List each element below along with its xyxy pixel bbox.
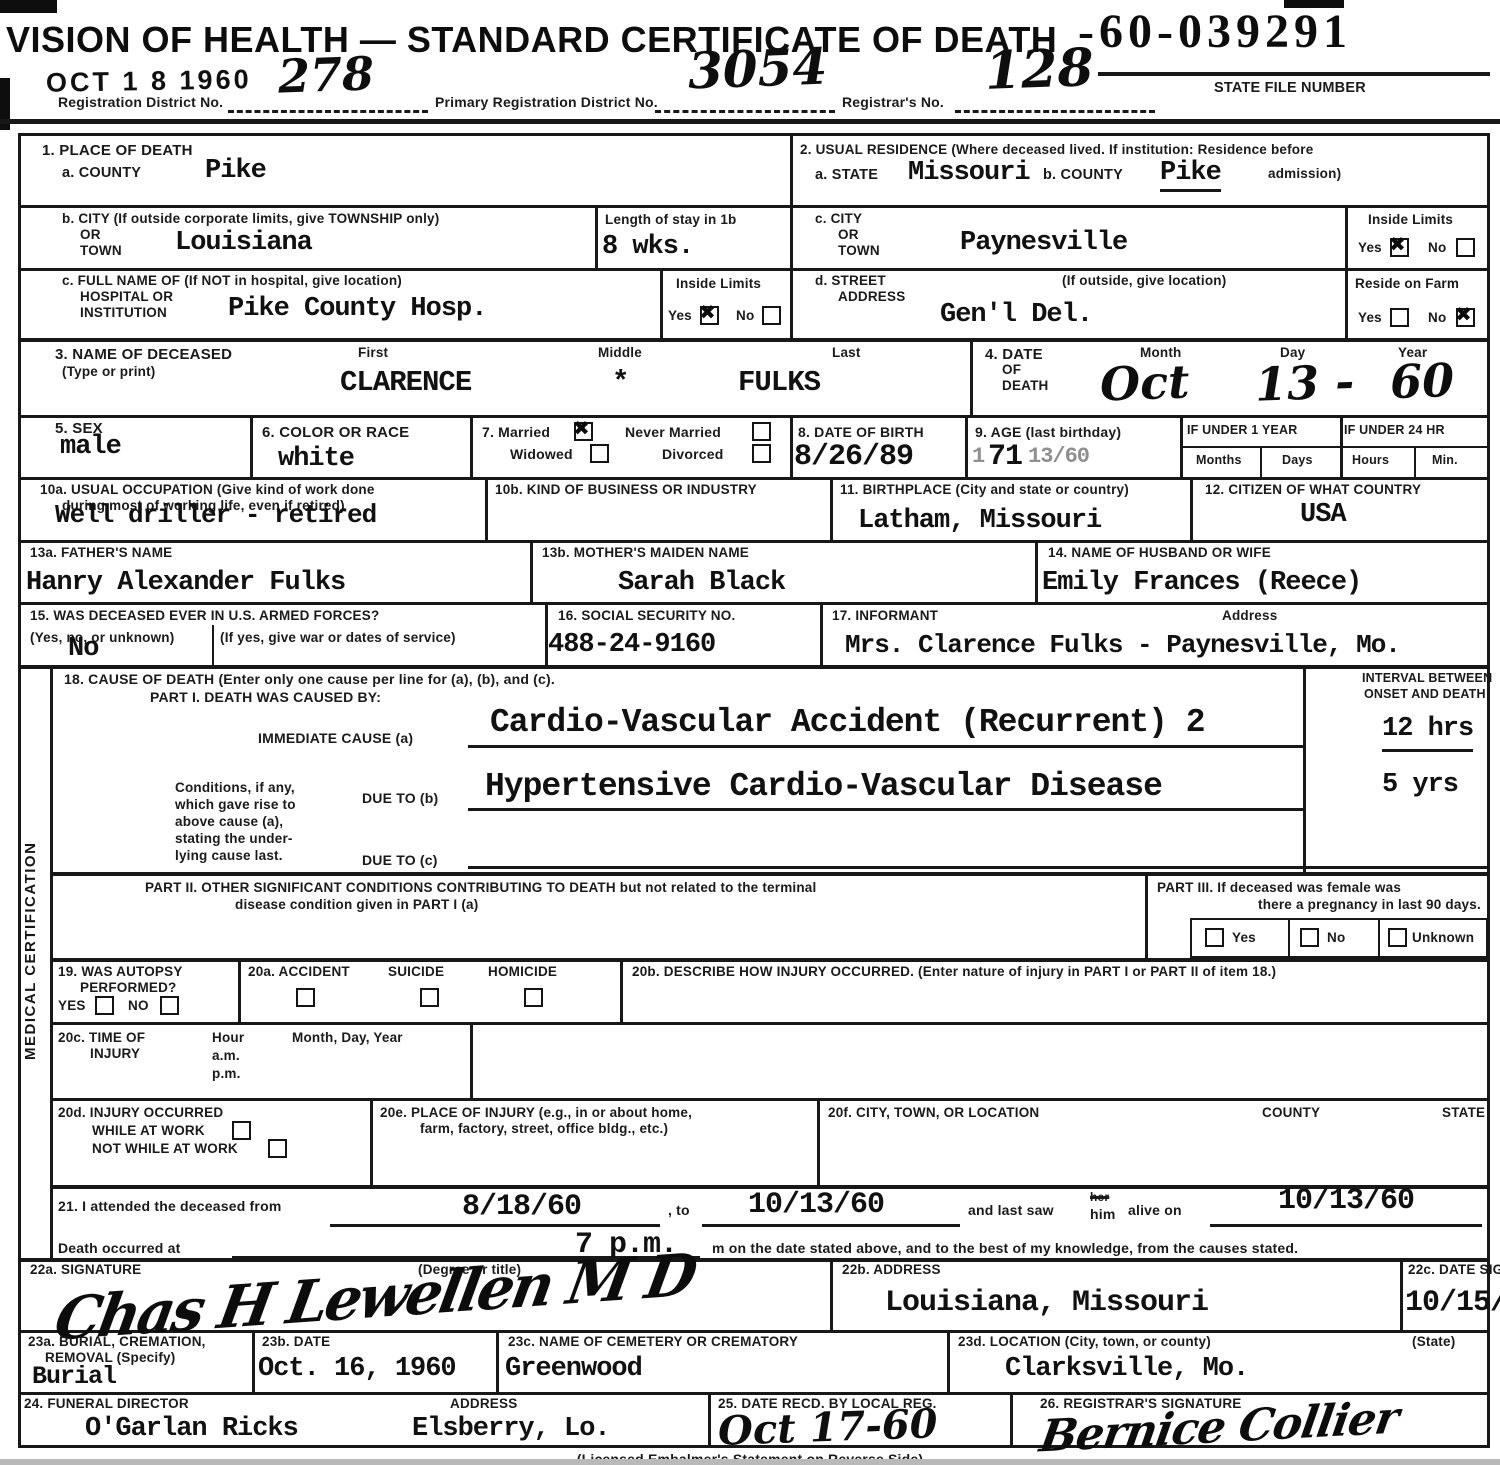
divider (817, 1098, 820, 1185)
divider (18, 477, 1490, 480)
armed-forces-label: 15. WAS DECEASED EVER IN U.S. ARMED FORC… (30, 608, 379, 624)
divider (1180, 446, 1488, 448)
conditions-note-1: Conditions, if any, (175, 780, 295, 796)
death-day-value: 13 - (1254, 358, 1355, 407)
x-mark: ✖ (573, 418, 590, 438)
pregnancy-unknown-label: Unknown (1412, 930, 1474, 946)
divider (790, 133, 793, 338)
divider (1098, 72, 1490, 76)
x-mark: ✖ (1455, 304, 1472, 324)
part1-label: PART I. DEATH WAS CAUSED BY: (150, 689, 381, 706)
autopsy-no-checkbox (160, 996, 179, 1015)
x-mark: ✖ (699, 302, 716, 322)
occupation-value: Well driller - retired (55, 502, 376, 528)
primary-registration-district-value: 3054 (687, 42, 828, 97)
street-label-2: ADDRESS (838, 289, 905, 305)
divider (790, 415, 793, 477)
yes-label: Yes (668, 308, 692, 324)
or-label: OR (80, 227, 101, 243)
funeral-director-value: O'Garlan Ricks (85, 1416, 298, 1443)
last-label: Last (832, 345, 861, 361)
type-print-label: (Type or print) (62, 364, 156, 380)
state-file-number-label: STATE FILE NUMBER (1214, 80, 1366, 97)
date-of-death-of: OF (1002, 362, 1021, 378)
res-town-label: TOWN (838, 243, 880, 259)
middle-name-value: * (612, 368, 628, 397)
state-label: a. STATE (815, 167, 878, 184)
x-mark: ✖ (1389, 234, 1406, 254)
age-ghost-prefix: 1 (972, 446, 984, 468)
divider (1400, 1258, 1403, 1330)
date-of-death-death: DEATH (1002, 378, 1049, 394)
part3-text-2: there a pregnancy in last 90 days. (1258, 897, 1481, 913)
divider (496, 1330, 499, 1392)
divider (50, 1098, 1490, 1101)
race-value: white (278, 446, 354, 473)
pregnancy-no-checkbox (1300, 928, 1319, 947)
struck-her: her (1090, 1190, 1109, 1204)
first-label: First (358, 345, 388, 361)
citizen-label: 12. CITIZEN OF WHAT COUNTRY (1205, 482, 1421, 498)
attended-to-value: 10/13/60 (748, 1190, 884, 1220)
farm-yes-checkbox (1390, 308, 1409, 327)
town-label: TOWN (80, 243, 122, 259)
burial-date-value: Oct. 16, 1960 (258, 1356, 456, 1383)
age-value: 71 (988, 442, 1022, 472)
divider (1010, 1392, 1013, 1448)
place-of-death-heading: 1. PLACE OF DEATH (42, 142, 193, 160)
hospital-value: Pike County Hosp. (228, 296, 486, 323)
received-date-stamp: OCT 1 8 1960 (46, 66, 252, 97)
not-while-at-work-checkbox (268, 1139, 287, 1158)
under-24-hr-label: IF UNDER 24 HR (1344, 423, 1445, 438)
business-label: 10b. KIND OF BUSINESS OR INDUSTRY (495, 482, 757, 498)
autopsy-yes-label: YES (58, 998, 86, 1014)
divider (485, 477, 488, 540)
registration-district-label: Registration District No. (58, 94, 223, 111)
death-occurred-label: Death occurred at (58, 1240, 180, 1257)
street-label: d. STREET (815, 273, 886, 289)
divider (620, 958, 623, 1022)
armed-forces-hint1: (Yes, no, or unknown) (30, 630, 174, 646)
conditions-note-3: above cause (a), (175, 814, 283, 830)
header-rule (0, 119, 1500, 124)
conditions-note-4: stating the under- (175, 831, 293, 847)
spouse-label: 14. NAME OF HUSBAND OR WIFE (1048, 545, 1271, 561)
accident-label: 20a. ACCIDENT (248, 964, 350, 980)
place-of-injury-label-2: farm, factory, street, office bldg., etc… (420, 1121, 668, 1137)
while-at-work-checkbox (232, 1121, 251, 1140)
pregnancy-yes-checkbox (1205, 928, 1224, 947)
age-ghost-suffix: 13/60 (1028, 446, 1089, 468)
divider (50, 958, 1490, 962)
age-label: 9. AGE (last birthday) (975, 424, 1121, 441)
primary-registration-district-label: Primary Registration District No. (435, 94, 658, 111)
father-label: 13a. FATHER'S NAME (30, 545, 172, 561)
divider (50, 872, 1490, 876)
fill-line (1210, 1224, 1482, 1227)
funeral-address-value: Elsberry, Lo. (412, 1416, 610, 1443)
scan-edge-strip (0, 1459, 1500, 1465)
divider (970, 338, 973, 415)
days-label: Days (1282, 453, 1313, 468)
divider (18, 602, 1490, 605)
inside-limits-label: Inside Limits (676, 276, 761, 292)
mother-label: 13b. MOTHER'S MAIDEN NAME (542, 545, 749, 561)
county-value: Pike (205, 158, 266, 185)
hours-label: Hours (1352, 453, 1389, 468)
hospital-label-3: INSTITUTION (80, 305, 167, 321)
county-label: a. COUNTY (62, 165, 141, 182)
funeral-address-label: ADDRESS (450, 1396, 517, 1412)
city-label: b. CITY (If outside corporate limits, gi… (62, 211, 439, 227)
divider (18, 415, 1490, 418)
burial-location-value: Clarksville, Mo. (1005, 1356, 1248, 1383)
hour-label: Hour (212, 1030, 244, 1046)
fill-line (330, 1224, 660, 1227)
divider (18, 540, 1490, 543)
dob-label: 8. DATE OF BIRTH (798, 424, 924, 441)
autopsy-label-1: 19. WAS AUTOPSY (58, 964, 183, 980)
armed-forces-value: No (68, 636, 98, 663)
medical-certification-sidebar: MEDICAL CERTIFICATION (22, 842, 39, 1060)
divider (470, 415, 473, 477)
birthplace-value: Latham, Missouri (858, 508, 1101, 535)
burial-date-label: 23b. DATE (262, 1334, 330, 1350)
res-county-value: Pike (1160, 160, 1221, 192)
no-label: No (1428, 240, 1446, 256)
burial-location-state-label: (State) (1412, 1334, 1455, 1350)
burial-value: Burial (32, 1364, 116, 1389)
middle-label: Middle (598, 345, 642, 361)
suicide-checkbox (420, 988, 439, 1007)
accident-checkbox (296, 988, 315, 1007)
autopsy-yes-checkbox (95, 996, 114, 1015)
no-label: No (736, 308, 754, 324)
attended-from-value: 8/18/60 (462, 1192, 581, 1222)
divider (18, 665, 1490, 669)
divider (530, 540, 533, 602)
dob-value: 8/26/89 (794, 442, 913, 472)
ssn-label: 16. SOCIAL SECURITY NO. (558, 608, 735, 624)
widowed-label: Widowed (510, 446, 573, 463)
divorced-checkbox (752, 444, 771, 463)
interval-a-value: 12 hrs (1382, 716, 1473, 752)
cause-a-value: Cardio-Vascular Accident (Recurrent) 2 (490, 706, 1205, 739)
res-inside-limits-label: Inside Limits (1368, 212, 1453, 228)
month-day-year-label: Month, Day, Year (292, 1030, 403, 1046)
divider (250, 415, 253, 477)
length-of-stay-label: Length of stay in 1b (605, 212, 737, 228)
last-alive-value: 10/13/60 (1278, 1186, 1414, 1216)
street-value: Gen'l Del. (940, 302, 1092, 329)
divider (1260, 446, 1262, 477)
occupation-label: 10a. USUAL OCCUPATION (Give kind of work… (40, 482, 375, 498)
res-inside-limits-no-checkbox (1456, 238, 1475, 257)
injury-occurred-label: 20d. INJURY OCCURRED (58, 1105, 223, 1121)
cemetery-label: 23c. NAME OF CEMETERY OR CREMATORY (508, 1334, 798, 1350)
conditions-note-2: which gave rise to (175, 797, 296, 813)
divider (212, 625, 214, 665)
homicide-label: HOMICIDE (488, 964, 557, 980)
cause-b-value: Hypertensive Cardio-Vascular Disease (485, 770, 1162, 803)
no-label: No (1428, 310, 1446, 326)
interval-b-value: 5 yrs (1382, 772, 1458, 799)
divider (370, 1098, 373, 1185)
cert-address-label: 22b. ADDRESS (842, 1262, 941, 1278)
last-saw-label: and last saw (968, 1202, 1054, 1219)
injury-state-label: STATE (1442, 1105, 1485, 1121)
months-label: Months (1196, 453, 1242, 468)
divider (1190, 477, 1193, 540)
pregnancy-unknown-checkbox (1388, 928, 1407, 947)
informant-value: Mrs. Clarence Fulks - Paynesville, Mo. (845, 632, 1400, 658)
date-received-value: Oct 17-60 (717, 1404, 938, 1452)
death-month-value: Oct (1099, 358, 1190, 407)
married-checkbox: ✖ (574, 422, 593, 441)
divider (1340, 415, 1343, 477)
due-to-c-label: DUE TO (c) (362, 852, 438, 869)
burial-label-1: 23a. BURIAL, CREMATION, (28, 1334, 206, 1350)
citizen-value: USA (1300, 502, 1346, 529)
fill-line (655, 110, 835, 113)
divider (830, 1258, 833, 1330)
injury-county-label: COUNTY (1262, 1105, 1320, 1121)
registration-district-value: 278 (277, 50, 375, 99)
pregnancy-yes-label: Yes (1232, 930, 1256, 946)
hospital-label: c. FULL NAME OF (If NOT in hospital, giv… (62, 273, 402, 289)
divider (18, 268, 1490, 271)
fill-line (468, 745, 1303, 748)
time-of-injury-label-2: INJURY (90, 1046, 140, 1062)
race-label: 6. COLOR OR RACE (262, 424, 409, 442)
death-certificate-scan: VISION OF HEALTH — STANDARD CERTIFICATE … (0, 0, 1500, 1465)
married-label: 7. Married (482, 424, 550, 441)
pm-label: p.m. (212, 1066, 241, 1082)
scan-artifact (0, 0, 57, 13)
street-hint: (If outside, give location) (1062, 273, 1226, 289)
state-value: Missouri (908, 160, 1030, 187)
last-name-value: FULKS (738, 368, 820, 397)
attended-pre: 21. I attended the deceased from (58, 1198, 281, 1215)
burial-location-label: 23d. LOCATION (City, town, or county) (958, 1334, 1211, 1350)
divider (965, 415, 968, 477)
interval-header-1: INTERVAL BETWEEN (1362, 671, 1492, 686)
interval-header-2: ONSET AND DEATH (1364, 687, 1486, 702)
divider (1180, 415, 1183, 477)
sex-value: male (60, 434, 121, 461)
divider (1035, 540, 1038, 602)
never-married-label: Never Married (625, 424, 721, 441)
residence-heading: 2. USUAL RESIDENCE (Where deceased lived… (800, 142, 1313, 158)
divider (947, 1330, 950, 1392)
hospital-label-2: HOSPITAL OR (80, 289, 173, 305)
funeral-director-label: 24. FUNERAL DIRECTOR (24, 1396, 189, 1412)
autopsy-no-label: NO (128, 998, 149, 1014)
place-of-injury-label-1: 20e. PLACE OF INJURY (e.g., in or about … (380, 1105, 692, 1121)
injury-city-label: 20f. CITY, TOWN, OR LOCATION (828, 1105, 1039, 1121)
city-value: Louisiana (175, 230, 312, 257)
res-city-label: c. CITY (815, 211, 862, 227)
pregnancy-no-label: No (1327, 930, 1345, 946)
divider (708, 1392, 711, 1448)
divider (1345, 205, 1348, 338)
registrar-no-label: Registrar's No. (842, 94, 944, 111)
death-year-value: 60 (1389, 357, 1455, 405)
inside-limits-yes-checkbox: ✖ (700, 306, 719, 325)
birthplace-label: 11. BIRTHPLACE (City and state or countr… (840, 482, 1129, 498)
never-married-checkbox (752, 422, 771, 441)
divider (1414, 446, 1416, 477)
divider (18, 205, 1490, 208)
divider (1145, 872, 1148, 958)
fill-line (468, 866, 1488, 869)
signature-label: 22a. SIGNATURE (30, 1262, 141, 1278)
cert-address-value: Louisiana, Missouri (885, 1288, 1208, 1318)
informant-address-label: Address (1222, 608, 1277, 624)
autopsy-label-2: PERFORMED? (80, 980, 177, 996)
res-city-value: Paynesville (960, 230, 1127, 257)
father-value: Hanry Alexander Fulks (26, 570, 345, 597)
divider (18, 1392, 1490, 1395)
fill-line (955, 110, 1155, 113)
length-of-stay-value: 8 wks. (602, 234, 693, 261)
yes-label: Yes (1358, 240, 1382, 256)
farm-label: Reside on Farm (1355, 276, 1459, 292)
divorced-label: Divorced (662, 446, 724, 463)
part2-text-2: disease condition given in PART I (a) (235, 897, 478, 913)
divider (238, 958, 241, 1022)
name-label: 3. NAME OF DECEASED (55, 346, 232, 364)
immediate-cause-label: IMMEDIATE CAUSE (a) (258, 730, 413, 747)
fill-line (468, 808, 1303, 811)
part2-text-1: PART II. OTHER SIGNIFICANT CONDITIONS CO… (145, 880, 816, 896)
res-county-label: b. COUNTY (1043, 167, 1123, 184)
under-1-year-label: IF UNDER 1 YEAR (1187, 423, 1297, 438)
divider (820, 602, 823, 665)
page-title: VISION OF HEALTH — STANDARD CERTIFICATE … (6, 22, 1057, 58)
fill-line (702, 1224, 960, 1227)
divider (50, 665, 53, 1258)
first-name-value: CLARENCE (340, 368, 471, 397)
residence-heading-2: admission) (1268, 166, 1341, 182)
res-or-label: OR (838, 227, 859, 243)
alive-on-label: alive on (1128, 1202, 1182, 1219)
cemetery-value: Greenwood (505, 1356, 642, 1383)
date-signed-value: 10/15/60 (1405, 1288, 1500, 1318)
not-while-at-work-label: NOT WHILE AT WORK (92, 1141, 238, 1157)
while-at-work-label: WHILE AT WORK (92, 1123, 205, 1139)
divider (660, 268, 663, 338)
mother-value: Sarah Black (618, 570, 785, 597)
res-inside-limits-yes-checkbox: ✖ (1390, 238, 1409, 257)
describe-injury-label: 20b. DESCRIBE HOW INJURY OCCURRED. (Ente… (632, 964, 1276, 980)
suicide-label: SUICIDE (388, 964, 444, 980)
divider (595, 205, 598, 268)
spouse-value: Emily Frances (Reece) (1042, 570, 1361, 597)
farm-no-checkbox: ✖ (1456, 308, 1475, 327)
time-of-injury-label-1: 20c. TIME OF (58, 1030, 145, 1046)
divider (830, 477, 833, 540)
homicide-checkbox (524, 988, 543, 1007)
part3-text-1: PART III. If deceased was female was (1157, 880, 1401, 896)
armed-forces-hint2: (If yes, give war or dates of service) (220, 630, 456, 646)
due-to-b-label: DUE TO (b) (362, 790, 438, 807)
death-occurred-tail: m on the date stated above, and to the b… (712, 1240, 1298, 1257)
yes-label: Yes (1358, 310, 1382, 326)
attended-to-label: , to (668, 1202, 690, 1219)
am-label: a.m. (212, 1048, 240, 1064)
fill-line (228, 110, 428, 113)
divider (470, 1022, 473, 1098)
registrar-no-value: 128 (984, 42, 1094, 98)
divider (1303, 665, 1306, 872)
min-label: Min. (1432, 453, 1458, 468)
conditions-note-5: lying cause last. (175, 848, 283, 864)
divider (18, 338, 1490, 342)
him-label: him (1090, 1206, 1116, 1223)
informant-label: 17. INFORMANT (832, 608, 938, 624)
date-signed-label: 22c. DATE SIGNED (1408, 1262, 1500, 1278)
inside-limits-no-checkbox (762, 306, 781, 325)
state-file-number: -60-039291 (1078, 8, 1352, 56)
cause-of-death-heading: 18. CAUSE OF DEATH (Enter only one cause… (64, 671, 555, 688)
ssn-value: 488-24-9160 (548, 632, 715, 659)
widowed-checkbox (590, 444, 609, 463)
divider (50, 1022, 1490, 1025)
